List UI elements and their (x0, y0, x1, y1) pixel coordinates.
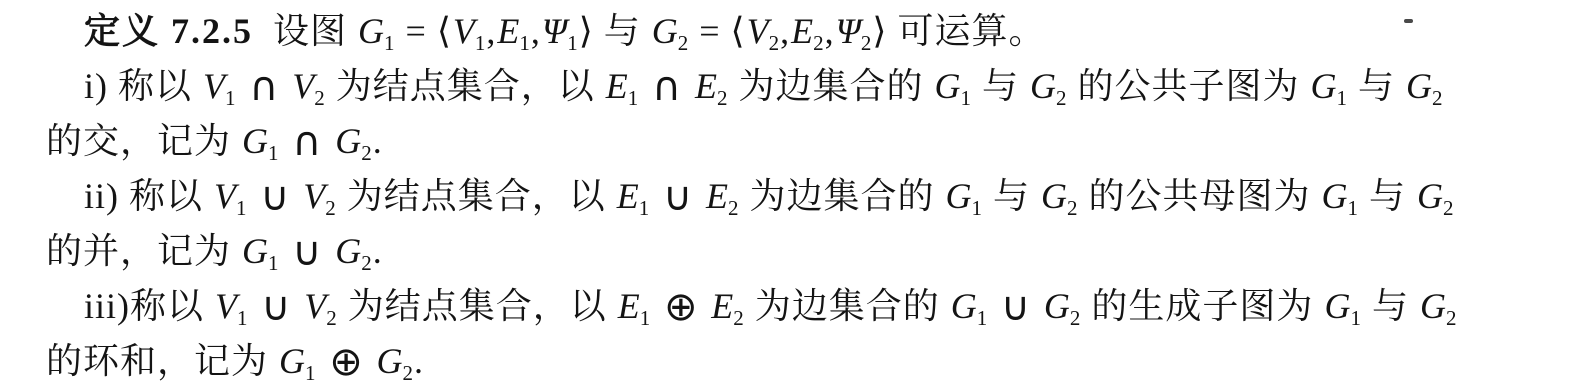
set-operator-run: ∪ (988, 284, 1043, 330)
text-run: 与 (1348, 66, 1405, 106)
math-subscript-run: 2 (361, 141, 373, 165)
math-italic-run: E (694, 66, 717, 106)
math-subscript-run: 1 (1350, 306, 1362, 330)
math-subscript-run: 2 (717, 86, 729, 110)
text-line-1: 定义 7.2.5 设图 G1 = ⟨V1,E1,Ψ1⟩ 与 G2 = ⟨V2,E… (46, 4, 1570, 59)
math-italic-run: Ψ (835, 11, 861, 51)
math-italic-run: E (705, 176, 728, 216)
math-subscript-run: 2 (861, 31, 873, 55)
math-italic-run: G (241, 231, 268, 271)
math-subscript-run: 1 (971, 196, 983, 220)
math-italic-run: G (375, 341, 402, 381)
math-italic-run: G (651, 11, 678, 51)
math-italic-run: G (1323, 286, 1350, 326)
math-subscript-run: 2 (314, 86, 326, 110)
set-operator-run: ∩ (280, 119, 335, 165)
text-run: . (414, 341, 424, 381)
math-italic-run: E (710, 286, 733, 326)
text-run: . (373, 231, 383, 271)
text-run: 的交，记为 (46, 121, 241, 161)
math-subscript-run: 2 (326, 306, 338, 330)
set-operator-run: ∪ (249, 284, 304, 330)
math-subscript-run: 1 (639, 196, 651, 220)
text-run: 为边集合的 (739, 176, 944, 216)
math-italic-run: V (302, 176, 325, 216)
math-subscript-run: 2 (1443, 196, 1455, 220)
text-run: 为结点集合，以 (337, 176, 616, 216)
set-operator-run: ∪ (248, 174, 303, 220)
math-subscript-run: 1 (268, 251, 280, 275)
math-italic-run: G (278, 341, 305, 381)
math-subscript-run: 2 (813, 31, 825, 55)
text-line-5: 的并，记为 G1 ∪ G2. (46, 224, 1570, 279)
math-italic-run: G (1416, 176, 1443, 216)
math-italic-run: G (944, 176, 971, 216)
math-subscript-run: 2 (402, 361, 414, 385)
math-subscript-run: 2 (769, 31, 781, 55)
math-italic-run: G (1040, 176, 1067, 216)
math-subscript-run: 2 (733, 306, 745, 330)
text-run: 的并，记为 (46, 231, 241, 271)
math-italic-run: E (790, 11, 813, 51)
text-run: i) 称以 (84, 66, 202, 106)
math-italic-run: E (496, 11, 519, 51)
math-italic-run: V (213, 176, 236, 216)
math-subscript-run: 2 (361, 251, 373, 275)
text-line-4: ii) 称以 V1 ∪ V2 为结点集合，以 E1 ∪ E2 为边集合的 G1 … (46, 169, 1570, 224)
text-run: ⟩ 与 (579, 11, 651, 51)
math-subscript-run: 2 (1056, 86, 1068, 110)
math-italic-run: V (303, 286, 326, 326)
text-run: 的环和，记为 (46, 341, 278, 381)
text-run: 与 (1362, 286, 1419, 326)
math-italic-run: G (1029, 66, 1056, 106)
text-run: , (486, 11, 496, 51)
math-italic-run: E (616, 176, 639, 216)
text-run: 设图 (253, 11, 357, 51)
text-run: 为边集合的 (728, 66, 933, 106)
math-italic-run: V (214, 286, 237, 326)
text-run: , (531, 11, 541, 51)
math-subscript-run: 2 (728, 196, 740, 220)
text-line-7: 的环和，记为 G1 ⊕ G2. (46, 334, 1570, 389)
math-subscript-run: 1 (960, 86, 972, 110)
math-italic-run: V (202, 66, 225, 106)
math-subscript-run: 1 (567, 31, 579, 55)
set-operator-run: ⊕ (317, 339, 376, 385)
text-line-3: 的交，记为 G1 ∩ G2. (46, 114, 1570, 169)
math-italic-run: V (291, 66, 314, 106)
set-operator-run: ∩ (639, 64, 694, 110)
text-run: 的公共子图为 (1067, 66, 1309, 106)
math-subscript-run: 1 (1348, 196, 1360, 220)
scan-speck-mark (1404, 19, 1413, 23)
set-operator-run: ∪ (280, 229, 335, 275)
text-run: ⟩ 可运算。 (872, 11, 1045, 51)
math-subscript-run: 2 (325, 196, 337, 220)
math-italic-run: E (617, 286, 640, 326)
math-subscript-run: 1 (384, 31, 396, 55)
math-italic-run: G (357, 11, 384, 51)
text-run: 为边集合的 (745, 286, 950, 326)
textbook-scan-page: 定义 7.2.5 设图 G1 = ⟨V1,E1,Ψ1⟩ 与 G2 = ⟨V2,E… (0, 0, 1580, 392)
set-operator-run: ⊕ (651, 284, 710, 330)
text-line-2: i) 称以 V1 ∩ V2 为结点集合，以 E1 ∩ E2 为边集合的 G1 与… (46, 59, 1570, 114)
math-italic-run: G (1419, 286, 1446, 326)
math-subscript-run: 1 (268, 141, 280, 165)
math-italic-run: V (452, 11, 475, 51)
text-run: 的生成子图为 (1081, 286, 1323, 326)
text-run: iii)称以 (84, 286, 214, 326)
math-italic-run: G (334, 121, 361, 161)
set-operator-run: ∩ (237, 64, 292, 110)
definition-heading-run: 定义 7.2.5 (84, 11, 253, 51)
math-italic-run: Ψ (541, 11, 567, 51)
math-italic-run: G (933, 66, 960, 106)
math-italic-run: G (1405, 66, 1432, 106)
text-run: = ⟨ (689, 11, 745, 51)
text-run: 与 (1359, 176, 1416, 216)
text-line-6: iii)称以 V1 ∪ V2 为结点集合，以 E1 ⊕ E2 为边集合的 G1 … (46, 279, 1570, 334)
math-subscript-run: 1 (628, 86, 640, 110)
text-run: = ⟨ (396, 11, 452, 51)
math-italic-run: G (334, 231, 361, 271)
text-run: . (373, 121, 383, 161)
math-subscript-run: 1 (305, 361, 317, 385)
math-subscript-run: 1 (1337, 86, 1349, 110)
text-run: 与 (983, 176, 1040, 216)
text-run: , (825, 11, 835, 51)
math-italic-run: G (950, 286, 977, 326)
math-subscript-run: 2 (1067, 196, 1079, 220)
math-subscript-run: 1 (225, 86, 237, 110)
math-subscript-run: 1 (640, 306, 652, 330)
math-subscript-run: 1 (977, 306, 989, 330)
math-italic-run: G (1310, 66, 1337, 106)
math-italic-run: G (1321, 176, 1348, 216)
text-run: 的公共母图为 (1078, 176, 1320, 216)
text-run: 与 (972, 66, 1029, 106)
math-subscript-run: 2 (678, 31, 690, 55)
math-subscript-run: 1 (519, 31, 531, 55)
math-italic-run: G (1043, 286, 1070, 326)
text-run: 为结点集合，以 (338, 286, 617, 326)
math-subscript-run: 1 (237, 306, 249, 330)
definition-7-2-5-body: 定义 7.2.5 设图 G1 = ⟨V1,E1,Ψ1⟩ 与 G2 = ⟨V2,E… (46, 4, 1570, 389)
math-subscript-run: 2 (1446, 306, 1458, 330)
text-run: ii) 称以 (84, 176, 213, 216)
math-italic-run: V (746, 11, 769, 51)
math-subscript-run: 1 (236, 196, 248, 220)
math-italic-run: E (605, 66, 628, 106)
text-run: , (780, 11, 790, 51)
math-italic-run: G (241, 121, 268, 161)
text-run: 为结点集合，以 (326, 66, 605, 106)
math-subscript-run: 1 (475, 31, 487, 55)
math-subscript-run: 2 (1432, 86, 1444, 110)
math-subscript-run: 2 (1070, 306, 1082, 330)
set-operator-run: ∪ (650, 174, 705, 220)
